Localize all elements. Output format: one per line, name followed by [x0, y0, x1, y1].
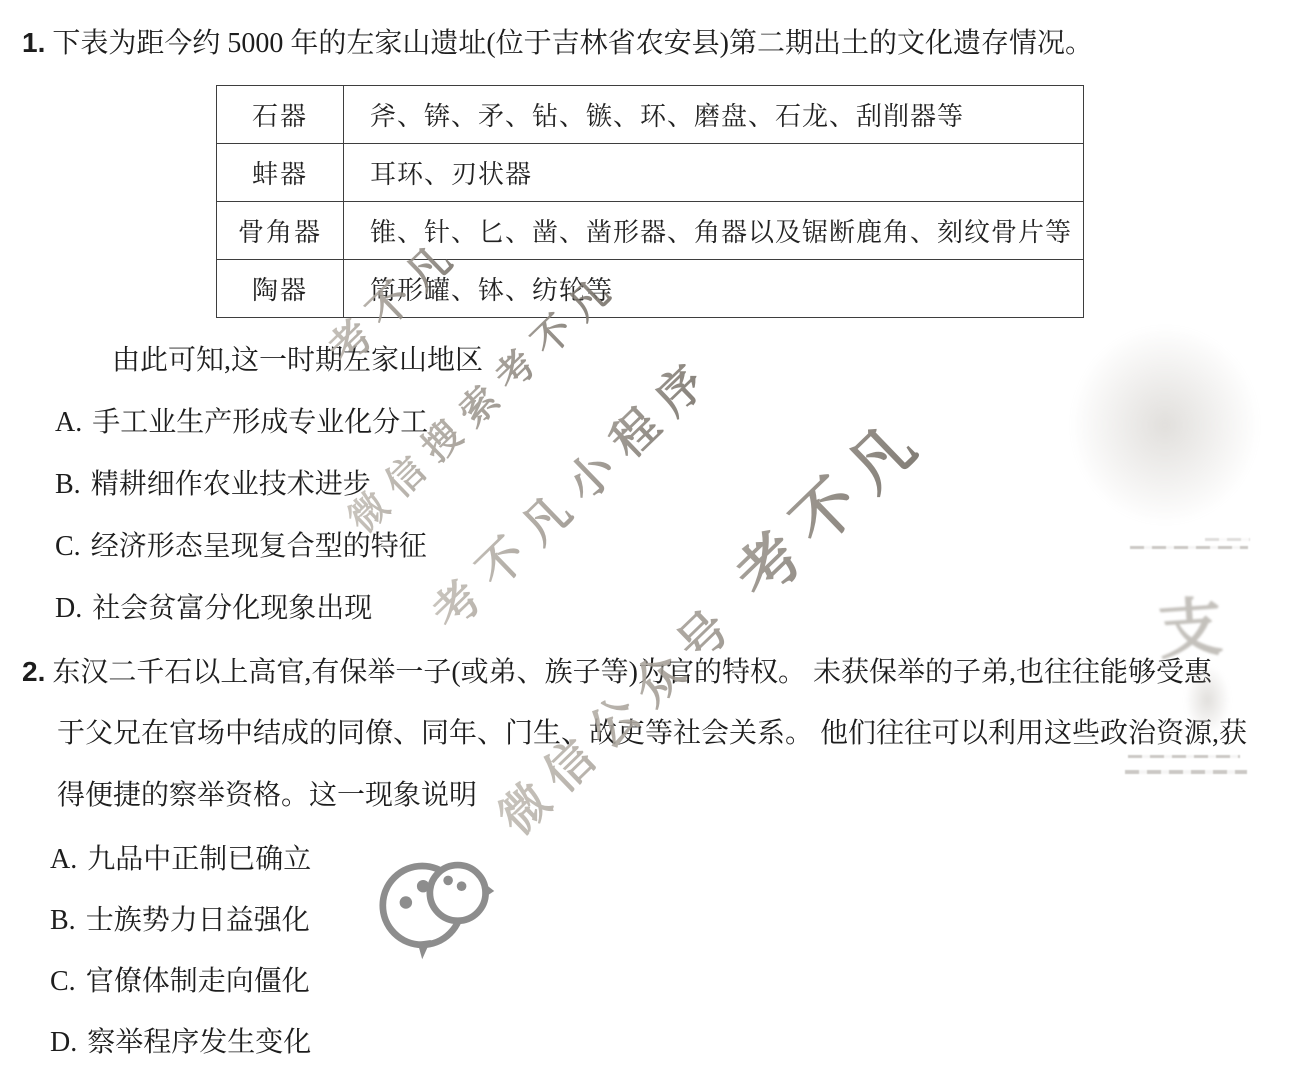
question-1-number: 1. [22, 27, 45, 58]
option-text: 士族势力日益强化 [86, 905, 310, 936]
question-2-option-c: C.官僚体制走向僵化 [50, 965, 310, 999]
option-label: B. [50, 904, 76, 938]
exam-page: 1. 下表为距今约 5000 年的左家山遗址(位于吉林省农安县)第二期出土的文化… [0, 0, 1289, 1073]
relics-table: 石器 斧、锛、矛、钻、镞、环、磨盘、石龙、刮削器等 蚌器 耳环、刃状器 骨角器 … [216, 85, 1084, 318]
option-label: D. [50, 1026, 77, 1060]
table-row: 石器 斧、锛、矛、钻、镞、环、磨盘、石龙、刮削器等 [217, 86, 1084, 144]
bleed-line-2 [1205, 538, 1250, 541]
option-text: 手工业生产形成专业化分工 [92, 407, 428, 438]
option-text: 社会贫富分化现象出现 [92, 593, 372, 624]
option-text: 察举程序发生变化 [87, 1027, 311, 1058]
question-1-stem: 1. 下表为距今约 5000 年的左家山遗址(位于吉林省农安县)第二期出土的文化… [22, 26, 1093, 61]
option-label: B. [55, 468, 81, 502]
table-row: 骨角器 锥、针、匕、凿、凿形器、角器以及锯断鹿角、刻纹骨片等 [217, 202, 1084, 260]
bleed-line-1 [1130, 546, 1248, 549]
option-label: A. [50, 843, 77, 877]
option-label: C. [50, 965, 76, 999]
bleed-smudge-mid [1185, 665, 1230, 735]
table-row: 蚌器 耳环、刃状器 [217, 144, 1084, 202]
question-1-option-d: D.社会贫富分化现象出现 [55, 592, 372, 626]
option-text: 精耕细作农业技术进步 [91, 469, 371, 500]
table-cell-items: 耳环、刃状器 [344, 144, 1084, 202]
table-cell-items: 斧、锛、矛、钻、镞、环、磨盘、石龙、刮削器等 [344, 86, 1084, 144]
question-1-lead-in: 由此可知,这一时期左家山地区 [112, 344, 483, 378]
question-2-option-d: D.察举程序发生变化 [50, 1026, 311, 1060]
table-cell-category: 骨角器 [217, 202, 344, 260]
watermark-official-account-prefix: 微信公众号 [490, 573, 769, 845]
table-cell-category: 蚌器 [217, 144, 344, 202]
wechat-logo-icon [374, 842, 504, 964]
option-text: 九品中正制已确立 [87, 844, 311, 875]
watermark-official-account-brand: 考不凡 [723, 401, 939, 613]
option-label: C. [55, 530, 81, 564]
table-cell-category: 石器 [217, 86, 344, 144]
option-label: A. [55, 406, 82, 440]
question-2-option-b: B.士族势力日益强化 [50, 904, 310, 938]
question-1-option-b: B.精耕细作农业技术进步 [55, 468, 371, 502]
bleed-line-4 [1125, 770, 1247, 774]
bleed-smudge-top [1070, 325, 1260, 525]
question-1-stem-text: 下表为距今约 5000 年的左家山遗址(位于吉林省农安县)第二期出土的文化遗存情… [52, 28, 1093, 59]
option-text: 官僚体制走向僵化 [86, 966, 310, 997]
table-cell-category: 陶器 [217, 260, 344, 318]
question-2-number: 2. [22, 656, 45, 687]
question-1-option-a: A.手工业生产形成专业化分工 [55, 406, 428, 440]
question-2-option-a: A.九品中正制已确立 [50, 843, 311, 877]
option-label: D. [55, 592, 82, 626]
bleed-line-3 [1128, 755, 1240, 758]
question-2-stem-line-3: 得便捷的察举资格。这一现象说明 [57, 779, 477, 813]
bleed-character: 支 [1155, 576, 1225, 672]
watermark-official-account: 微信公众号 考不凡 [470, 390, 943, 851]
